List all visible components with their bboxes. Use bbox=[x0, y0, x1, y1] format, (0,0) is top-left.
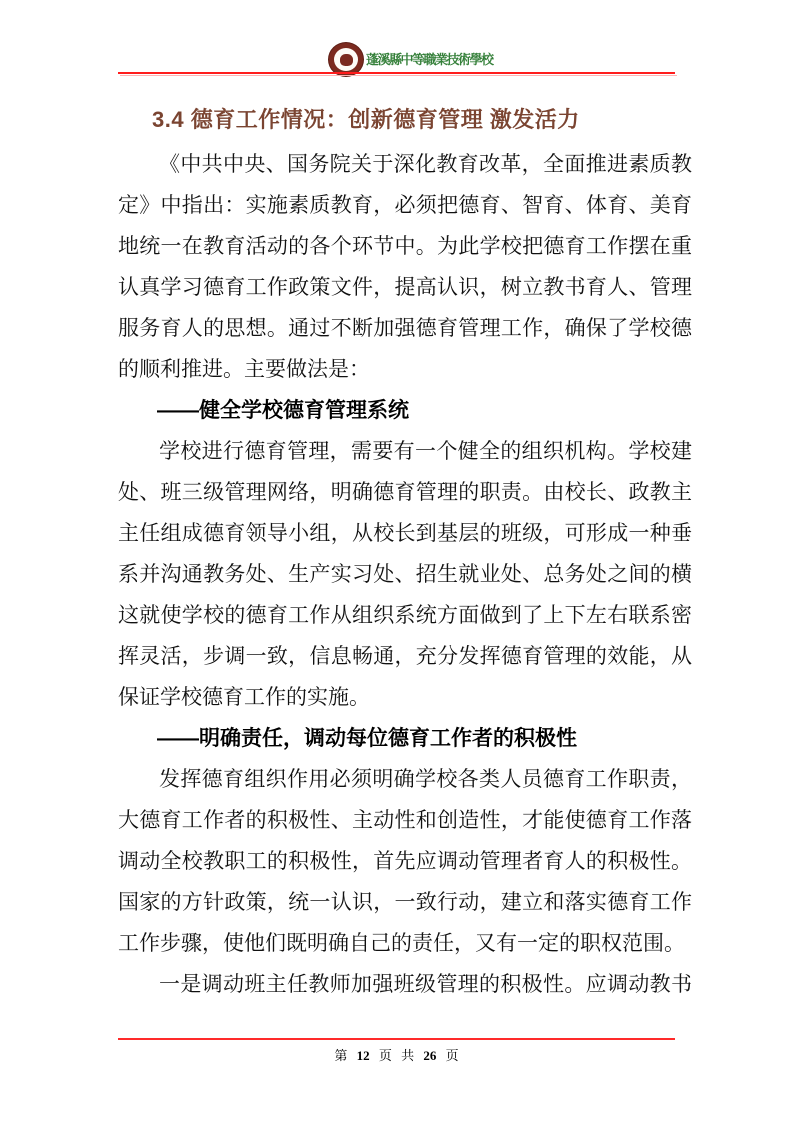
page-number: 12 bbox=[357, 1048, 370, 1064]
text-line: 学校进行德育管理，需要有一个健全的组织机构。学校建立了校、 bbox=[118, 431, 692, 472]
text-line: 处、班三级管理网络，明确德育管理的职责。由校长、政教主任、班 bbox=[118, 472, 692, 513]
text-line: 工作步骤，使他们既明确自己的责任，又有一定的职权范围。 bbox=[118, 923, 692, 964]
document-body: 3.4 德育工作情况：创新德育管理 激发活力《中共中央、国务院关于深化教育改革，… bbox=[118, 100, 692, 1005]
footer-label-ye2: 页 bbox=[446, 1045, 459, 1064]
text-line: 大德育工作者的积极性、主动性和创造性，才能使德育工作落实。要 bbox=[118, 800, 692, 841]
header-rule bbox=[118, 72, 675, 74]
text-line: 《中共中央、国务院关于深化教育改革，全面推进素质教育的决 bbox=[118, 144, 692, 185]
page-header: 蓬溪縣中等職業技術學校 bbox=[0, 40, 793, 76]
text-line: 定》中指出：实施素质教育，必须把德育、智育、体育、美育等有机 bbox=[118, 185, 692, 226]
footer-label-di: 第 bbox=[334, 1045, 347, 1064]
school-seal-emblem bbox=[340, 54, 353, 66]
text-line: 调动全校教职工的积极性，首先应调动管理者育人的积极性。学党和 bbox=[118, 841, 692, 882]
text-line: 国家的方针政策，统一认识，一致行动，建立和落实德育工作目标及 bbox=[118, 882, 692, 923]
text-line: 这就使学校的德育工作从组织系统方面做到了上下左右联系密切，指 bbox=[118, 595, 692, 636]
text-line: 系并沟通教务处、生产实习处、招生就业处、总务处之间的横向联系， bbox=[118, 554, 692, 595]
text-line: 发挥德育组织作用必须明确学校各类人员德育工作职责，调动广 bbox=[118, 759, 692, 800]
text-line: 的顺利推进。主要做法是： bbox=[118, 349, 692, 390]
text-line: 认真学习德育工作政策文件，提高认识，树立教书育人、管理育人、 bbox=[118, 267, 692, 308]
section-heading: 3.4 德育工作情况：创新德育管理 激发活力 bbox=[118, 100, 692, 144]
subheading: ——明确责任，调动每位德育工作者的积极性 bbox=[118, 718, 692, 759]
text-line: 地统一在教育活动的各个环节中。为此学校把德育工作摆在重要位置， bbox=[118, 226, 692, 267]
document-page: { "header": { "school_name": "蓬溪縣中等職業技術學… bbox=[0, 0, 793, 1122]
footer-label-ye1: 页 bbox=[379, 1045, 392, 1064]
text-line: 主任组成德育领导小组，从校长到基层的班级，可形成一种垂直的联 bbox=[118, 513, 692, 554]
school-seal-inner bbox=[334, 48, 358, 71]
total-pages: 26 bbox=[423, 1048, 436, 1064]
subheading: ——健全学校德育管理系统 bbox=[118, 390, 692, 431]
footer-rule bbox=[118, 1038, 675, 1040]
text-line: 一是调动班主任教师加强班级管理的积极性。应调动教书育人者 bbox=[118, 964, 692, 1005]
school-name: 蓬溪縣中等職業技術學校 bbox=[366, 49, 496, 68]
text-line: 服务育人的思想。通过不断加强德育管理工作，确保了学校德育工作 bbox=[118, 308, 692, 349]
footer-label-gong: 共 bbox=[401, 1045, 414, 1064]
text-line: 保证学校德育工作的实施。 bbox=[118, 677, 692, 718]
text-line: 挥灵活，步调一致，信息畅通，充分发挥德育管理的效能，从组织上 bbox=[118, 636, 692, 677]
page-footer: 第 12 页 共 26 页 bbox=[0, 1045, 793, 1064]
